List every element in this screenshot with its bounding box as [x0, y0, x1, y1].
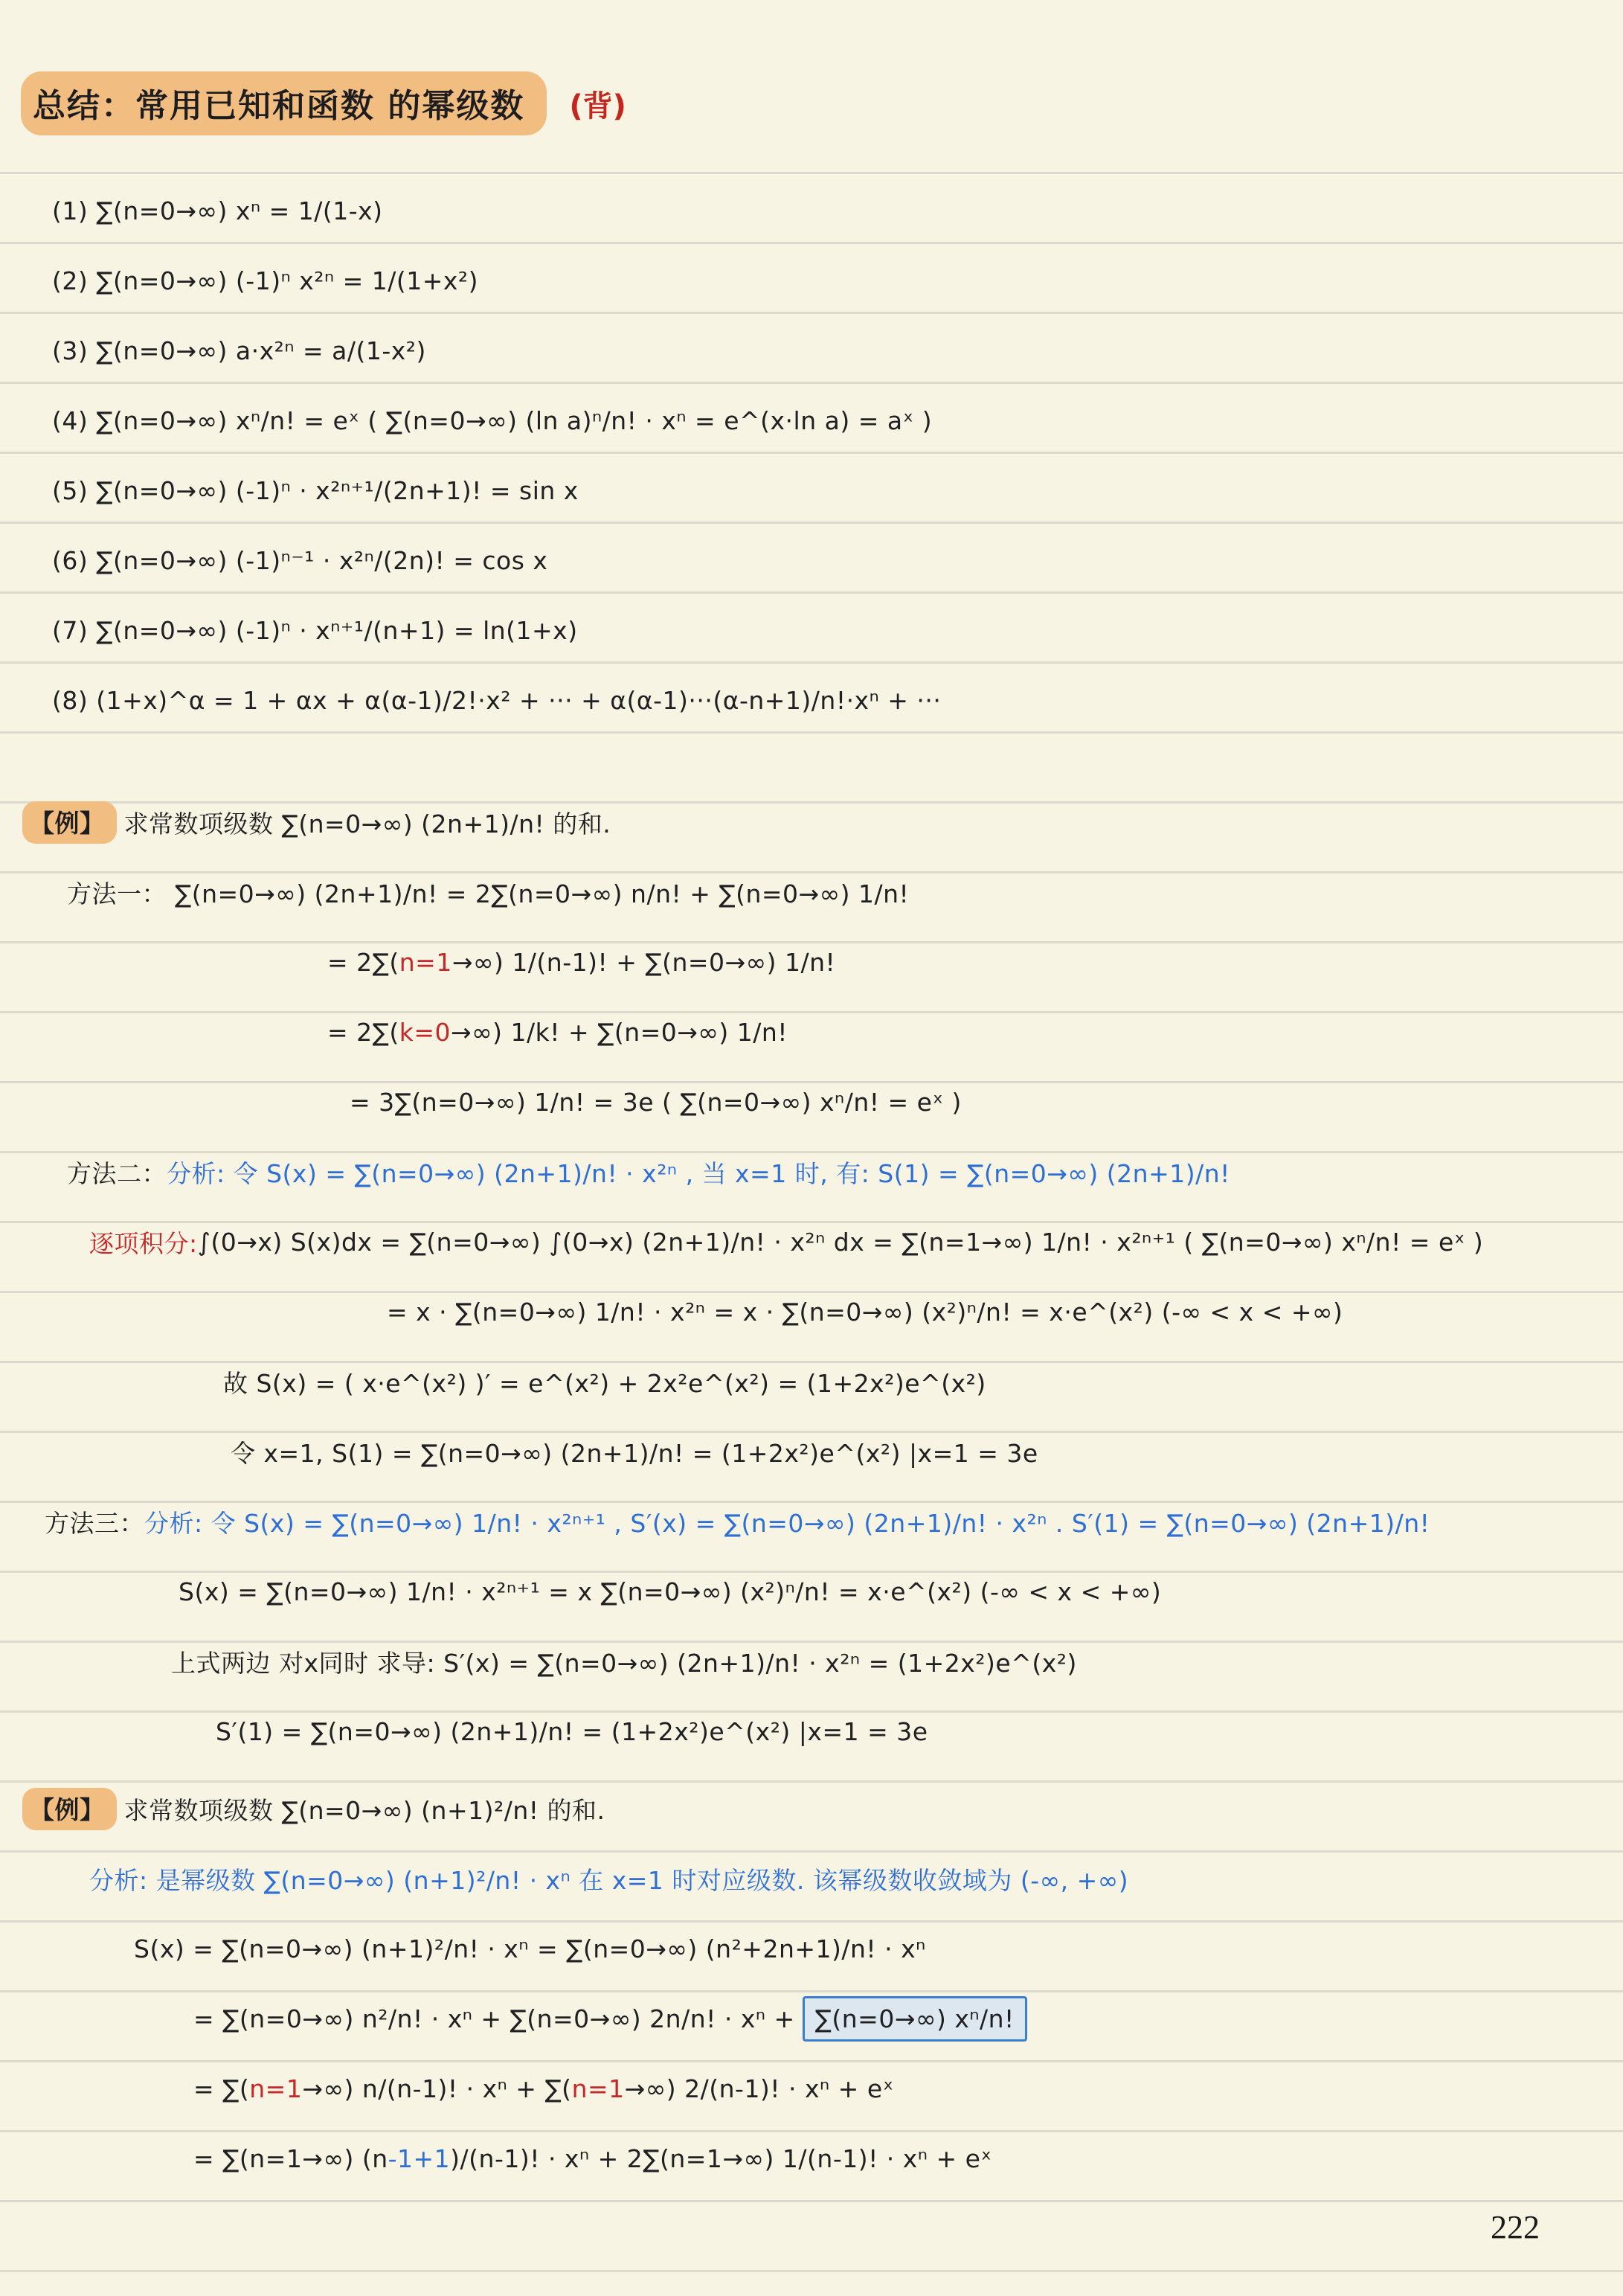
highlight-box: ∑(n=0→∞) xⁿ/n! — [803, 1996, 1027, 2042]
example-label: 【例】 — [22, 1788, 117, 1830]
section-example-2: 【例】 求常数项级数 ∑(n=0→∞) (n+1)²/n! 的和.分析: 是幂级… — [0, 1774, 1623, 2193]
ink-segment: 求常数项级数 ∑(n=0→∞) (n+1)²/n! 的和. — [124, 1792, 605, 1827]
ink-segment: →∞) 1/k! + ∑(n=0→∞) 1/n! — [451, 1018, 788, 1047]
method3-line-1: 方法三： 分析: 令 S(x) = ∑(n=0→∞) 1/n! · x²ⁿ⁺¹ … — [0, 1487, 1623, 1556]
page-title: 总结：常用已知和函数 的幂级数 (背) — [21, 71, 626, 135]
example2-line-4: = ∑(n=1→∞) (n-1+1)/(n-1)! · xⁿ + 2∑(n=1→… — [0, 2123, 1623, 2193]
method2-line-1: 方法二： 分析: 令 S(x) = ∑(n=0→∞) (2n+1)/n! · x… — [0, 1137, 1623, 1207]
method2-line-3: = x · ∑(n=0→∞) 1/n! · x²ⁿ = x · ∑(n=0→∞)… — [0, 1277, 1623, 1347]
ink-segment: S(x) = ∑(n=0→∞) 1/n! · x²ⁿ⁺¹ = x ∑(n=0→∞… — [179, 1577, 1161, 1606]
ink-segment: (3) ∑(n=0→∞) a·x²ⁿ = a/(1-x²) — [52, 336, 426, 365]
method3-line-2: S(x) = ∑(n=0→∞) 1/n! · x²ⁿ⁺¹ = x ∑(n=0→∞… — [0, 1556, 1623, 1626]
ink-segment-blue: -1+1 — [388, 2144, 451, 2173]
ink-segment-red: 逐项积分: — [89, 1225, 198, 1260]
ink-segment: = 3∑(n=0→∞) 1/n! = 3e ( ∑(n=0→∞) xⁿ/n! =… — [350, 1088, 962, 1117]
formula-1: (1) ∑(n=0→∞) xⁿ = 1/(1-x) — [0, 176, 1623, 246]
ink-segment: = x · ∑(n=0→∞) 1/n! · x²ⁿ = x · ∑(n=0→∞)… — [387, 1298, 1343, 1327]
ink-segment: 方法二： — [67, 1155, 167, 1190]
formula-8: (8) (1+x)^α = 1 + αx + α(α-1)/2!·x² + ··… — [0, 665, 1623, 735]
ink-segment: (2) ∑(n=0→∞) (-1)ⁿ x²ⁿ = 1/(1+x²) — [52, 266, 478, 295]
ink-segment: →∞) 2/(n-1)! · xⁿ + eˣ — [625, 2074, 894, 2103]
formula-7: (7) ∑(n=0→∞) (-1)ⁿ · xⁿ⁺¹/(n+1) = ln(1+x… — [0, 595, 1623, 665]
method1-line-2: = 2∑(n=1→∞) 1/(n-1)! + ∑(n=0→∞) 1/n! — [0, 927, 1623, 997]
notes-body: (1) ∑(n=0→∞) xⁿ = 1/(1-x)(2) ∑(n=0→∞) (-… — [0, 176, 1623, 2193]
ink-segment-red: k=0 — [399, 1018, 451, 1047]
method2-line-4: 故 S(x) = ( x·e^(x²) )′ = e^(x²) + 2x²e^(… — [0, 1347, 1623, 1417]
title-annotation: (背) — [569, 83, 626, 125]
method2-line-2: 逐项积分: ∫(0→x) S(x)dx = ∑(n=0→∞) ∫(0→x) (2… — [0, 1207, 1623, 1277]
ink-segment: ∫(0→x) S(x)dx = ∑(n=0→∞) ∫(0→x) (2n+1)/n… — [198, 1228, 1484, 1257]
example2-line-1: S(x) = ∑(n=0→∞) (n+1)²/n! · xⁿ = ∑(n=0→∞… — [0, 1914, 1623, 1984]
ink-segment: = ∑(n=0→∞) n²/n! · xⁿ + ∑(n=0→∞) 2n/n! ·… — [193, 2004, 795, 2033]
ink-segment: 方法一： ∑(n=0→∞) (2n+1)/n! = 2∑(n=0→∞) n/n!… — [67, 875, 909, 910]
ink-segment: (8) (1+x)^α = 1 + αx + α(α-1)/2!·x² + ··… — [52, 686, 941, 715]
ink-segment: 方法三： — [45, 1504, 144, 1539]
ink-segment: (6) ∑(n=0→∞) (-1)ⁿ⁻¹ · x²ⁿ/(2n)! = cos x — [52, 546, 547, 575]
ink-segment-red: n=1 — [249, 2074, 302, 2103]
section-example-1: 【例】 求常数项级数 ∑(n=0→∞) (2n+1)/n! 的和.方法一： ∑(… — [0, 787, 1623, 1766]
title-highlight: 总结：常用已知和函数 的幂级数 — [21, 71, 547, 135]
method3-line-4: S′(1) = ∑(n=0→∞) (2n+1)/n! = (1+2x²)e^(x… — [0, 1696, 1623, 1766]
ink-segment: = ∑(n=1→∞) (n — [193, 2144, 388, 2173]
ink-segment-red: n=1 — [399, 948, 452, 977]
formula-3: (3) ∑(n=0→∞) a·x²ⁿ = a/(1-x²) — [0, 315, 1623, 385]
ink-segment: S′(1) = ∑(n=0→∞) (2n+1)/n! = (1+2x²)e^(x… — [216, 1717, 928, 1746]
ink-segment-red: n=1 — [572, 2074, 625, 2103]
example2-line-2: = ∑(n=0→∞) n²/n! · xⁿ + ∑(n=0→∞) 2n/n! ·… — [0, 1984, 1623, 2053]
ink-segment: )/(n-1)! · xⁿ + 2∑(n=1→∞) 1/(n-1)! · xⁿ … — [450, 2144, 992, 2173]
formula-4: (4) ∑(n=0→∞) xⁿ/n! = eˣ ( ∑(n=0→∞) (ln a… — [0, 385, 1623, 455]
ink-segment: S(x) = ∑(n=0→∞) (n+1)²/n! · xⁿ = ∑(n=0→∞… — [134, 1934, 926, 1963]
example2-analysis: 分析: 是幂级数 ∑(n=0→∞) (n+1)²/n! · xⁿ 在 x=1 时… — [0, 1844, 1623, 1914]
ink-segment: 求常数项级数 ∑(n=0→∞) (2n+1)/n! 的和. — [124, 805, 611, 840]
ink-segment: = ∑( — [193, 2074, 249, 2103]
method1-line-1: 方法一： ∑(n=0→∞) (2n+1)/n! = 2∑(n=0→∞) n/n!… — [0, 857, 1623, 927]
ink-segment: 故 S(x) = ( x·e^(x²) )′ = e^(x²) + 2x²e^(… — [223, 1365, 986, 1399]
ink-segment-blue: 分析: 令 S(x) = ∑(n=0→∞) (2n+1)/n! · x²ⁿ , … — [167, 1155, 1230, 1190]
ink-segment: →∞) 1/(n-1)! + ∑(n=0→∞) 1/n! — [452, 948, 835, 977]
ink-segment: 令 x=1, S(1) = ∑(n=0→∞) (2n+1)/n! = (1+2x… — [231, 1434, 1038, 1469]
method1-line-3: = 2∑(k=0→∞) 1/k! + ∑(n=0→∞) 1/n! — [0, 997, 1623, 1067]
method2-line-5: 令 x=1, S(1) = ∑(n=0→∞) (2n+1)/n! = (1+2x… — [0, 1417, 1623, 1487]
section-known-series: (1) ∑(n=0→∞) xⁿ = 1/(1-x)(2) ∑(n=0→∞) (-… — [0, 176, 1623, 735]
notebook-page: 总结：常用已知和函数 的幂级数 (背) (1) ∑(n=0→∞) xⁿ = 1/… — [0, 0, 1623, 2296]
formula-6: (6) ∑(n=0→∞) (-1)ⁿ⁻¹ · x²ⁿ/(2n)! = cos x — [0, 525, 1623, 595]
ink-segment: (5) ∑(n=0→∞) (-1)ⁿ · x²ⁿ⁺¹/(2n+1)! = sin… — [52, 476, 579, 505]
ink-segment: = 2∑( — [327, 1018, 399, 1047]
ink-segment: →∞) n/(n-1)! · xⁿ + ∑( — [302, 2074, 571, 2103]
example-label: 【例】 — [22, 801, 117, 844]
ink-segment-blue: 分析: 是幂级数 ∑(n=0→∞) (n+1)²/n! · xⁿ 在 x=1 时… — [89, 1862, 1128, 1896]
ink-segment: 上式两边 对x同时 求导: S′(x) = ∑(n=0→∞) (2n+1)/n!… — [171, 1644, 1077, 1679]
ink-segment: (7) ∑(n=0→∞) (-1)ⁿ · xⁿ⁺¹/(n+1) = ln(1+x… — [52, 616, 578, 645]
ink-segment: (4) ∑(n=0→∞) xⁿ/n! = eˣ ( ∑(n=0→∞) (ln a… — [52, 406, 932, 435]
formula-2: (2) ∑(n=0→∞) (-1)ⁿ x²ⁿ = 1/(1+x²) — [0, 246, 1623, 315]
example2-header: 【例】 求常数项级数 ∑(n=0→∞) (n+1)²/n! 的和. — [0, 1774, 1623, 1844]
formula-5: (5) ∑(n=0→∞) (-1)ⁿ · x²ⁿ⁺¹/(2n+1)! = sin… — [0, 455, 1623, 525]
ink-segment: = 2∑( — [327, 948, 399, 977]
page-number: 222 — [1491, 2208, 1540, 2246]
method1-line-4: = 3∑(n=0→∞) 1/n! = 3e ( ∑(n=0→∞) xⁿ/n! =… — [0, 1067, 1623, 1137]
method3-line-3: 上式两边 对x同时 求导: S′(x) = ∑(n=0→∞) (2n+1)/n!… — [0, 1626, 1623, 1696]
ink-segment-blue: 分析: 令 S(x) = ∑(n=0→∞) 1/n! · x²ⁿ⁺¹ , S′(… — [144, 1504, 1430, 1539]
ink-segment: (1) ∑(n=0→∞) xⁿ = 1/(1-x) — [52, 196, 383, 225]
example1-header: 【例】 求常数项级数 ∑(n=0→∞) (2n+1)/n! 的和. — [0, 787, 1623, 857]
example2-line-3: = ∑(n=1→∞) n/(n-1)! · xⁿ + ∑(n=1→∞) 2/(n… — [0, 2053, 1623, 2123]
